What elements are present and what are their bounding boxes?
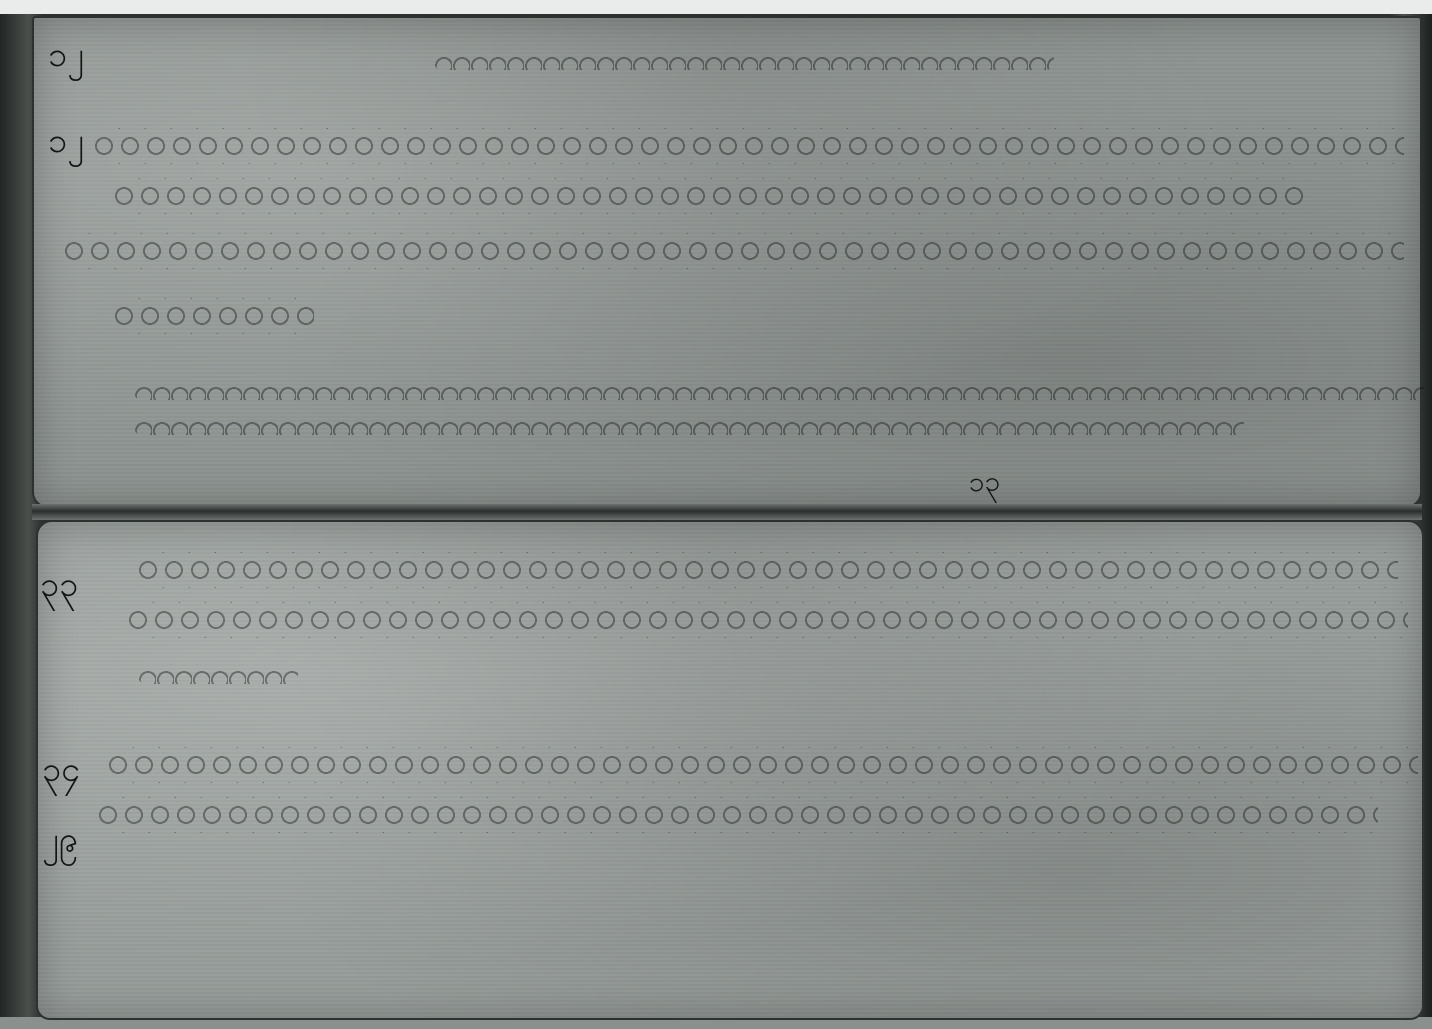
script-line [64,233,1404,269]
margin-mark: ၃၄ [42,747,80,798]
manuscript-upper-leaf: ၁၂ ၁၂ ၁၃ [32,16,1422,508]
manuscript-lower-leaf: ၃၃ ၃၄ ၂၉ [36,520,1424,1020]
script-line [138,552,1398,588]
page-number: ၁၃ [969,463,1001,505]
margin-mark: ၁၂ [48,32,84,83]
script-line [98,797,1378,833]
script-line [138,662,298,684]
script-line [134,378,1424,400]
margin-mark: ၂၉ [42,817,78,868]
margin-mark: ၁၂ [48,118,84,169]
script-line [94,128,1404,164]
script-line [128,602,1408,638]
script-line [108,747,1418,783]
script-line [434,48,1054,70]
top-border [0,0,1432,14]
margin-mark: ၃၃ [40,562,78,613]
leaf-fold [32,504,1422,520]
script-line [114,298,314,334]
script-line [114,178,1304,214]
script-line [134,413,1244,435]
